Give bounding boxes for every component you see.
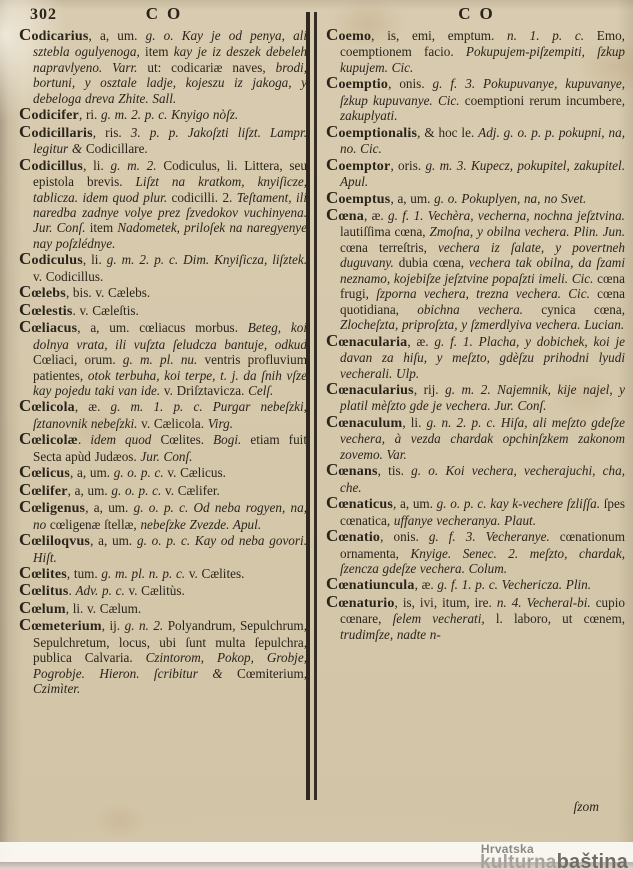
entry-headword: Cœnacularia	[326, 335, 407, 350]
entry-text-roman: item	[145, 44, 174, 59]
entry-headword: Cœnaculum	[326, 416, 402, 431]
entry-text-roman: cœligenæ ſtellæ,	[50, 517, 141, 532]
column-divider-rule	[306, 12, 317, 800]
entry-text-roman: cynica cœna,	[541, 302, 625, 317]
entry-text-roman: , tum.	[67, 566, 102, 581]
entry-headword: Codicillus	[19, 159, 83, 174]
entry-text-roman: Cœliaci, orum.	[33, 352, 123, 367]
dictionary-entry: Codicillus, li. g. m. 2. Codiculus, li. …	[19, 157, 307, 252]
dictionary-entry: Cœnacularia, æ. g. f. 1. Placha, y dobic…	[326, 333, 625, 381]
dictionary-entry: Cœnatio, onis. g. f. 3. Vecheranye. cœna…	[326, 528, 625, 576]
dictionary-entry: Coemptor, oris. g. m. 3. Kupecz, pokupit…	[326, 157, 625, 190]
entry-text-roman: , a, um.	[390, 191, 434, 206]
entry-text-roman: , is, emi, emptum.	[371, 28, 507, 43]
dictionary-entry: Cœlicolæ. idem quod Cœlites. Bogi. etiam…	[19, 431, 307, 464]
left-column: CO Codicarius, a, um. g. o. Kay je od pe…	[19, 4, 307, 697]
entry-text-roman: , bis. v. Cælebs.	[66, 285, 150, 300]
entry-gloss-italic: g. m. 2. p. c. Knyigo nòſz.	[101, 107, 238, 122]
entry-text-roman: , li. v. Cælum.	[66, 601, 141, 616]
entry-gloss-italic: g. o. Pokuplyen, na, no Svet.	[434, 191, 586, 206]
dictionary-entry: Cœlicola, æ. g. m. 1. p. c. Purgar nebeſ…	[19, 398, 307, 431]
dictionary-entry: Cœligenus, a, um. g. o. p. c. Od neba ro…	[19, 499, 307, 532]
dictionary-entry: Cœlestis. v. Cæleſtis.	[19, 302, 307, 319]
entry-text-roman: v. Cælifer.	[165, 483, 220, 498]
entry-text-roman: l. laboro, ut cœnem,	[496, 611, 625, 626]
right-column: CO Coemo, is, emi, emptum. n. 1. p. c. E…	[326, 4, 625, 642]
entry-text-roman: coemptioni rerum incumbere,	[465, 93, 625, 108]
entry-text-roman: , ij.	[102, 618, 125, 633]
dictionary-entry: Cœnacularius, rij. g. m. 2. Najemnik, ki…	[326, 381, 625, 414]
entry-gloss-italic: n. 4. Vecheral-bi.	[497, 595, 596, 610]
dictionary-entry: Codicillaris, ris. 3. p. p. Jakoſzti liſ…	[19, 124, 307, 157]
entry-gloss-italic: g. o. p. c.	[114, 465, 168, 480]
entry-text-roman: , æ.	[364, 208, 388, 223]
entry-headword: Cœlicola	[19, 400, 75, 415]
entry-text-roman: , æ.	[75, 399, 111, 414]
entry-text-roman: ut: codicariæ naves,	[147, 60, 275, 75]
left-column-header: CO	[19, 4, 307, 24]
entry-text-roman: , tis.	[378, 463, 412, 478]
entry-headword: Codiculus	[19, 253, 83, 268]
entry-text-roman: , a, um.	[68, 483, 112, 498]
entry-text-roman: v. Cælites.	[189, 566, 245, 581]
entry-headword: Cœlicolæ	[19, 433, 78, 448]
entry-gloss-italic: g. m. pl. nu.	[123, 352, 205, 367]
dictionary-entry: Coemptus, a, um. g. o. Pokuplyen, na, no…	[326, 190, 625, 207]
entry-gloss-italic: obichna vechera.	[417, 302, 541, 317]
dictionary-entry: Cœliacus, a, um. cœliacus morbus. Beteg,…	[19, 319, 307, 398]
entry-text-roman: Codicillare.	[86, 141, 148, 156]
entry-headword: Cœnatiuncula	[326, 578, 415, 593]
entry-headword: Coemptio	[326, 77, 388, 92]
entry-text-roman: , a, um.	[90, 533, 137, 548]
dictionary-entry: Cœlicus, a, um. g. o. p. c. v. Cælicus.	[19, 464, 307, 481]
left-column-entries: Codicarius, a, um. g. o. Kay je od penya…	[19, 27, 307, 697]
entry-gloss-italic: ſelem vecherati,	[393, 611, 496, 626]
entry-gloss-italic: g. m. 2. p. c. Dim. Knyiſicza, liſztek.	[107, 252, 307, 267]
entry-gloss-italic: g. o. p. c.	[111, 483, 165, 498]
heritage-watermark: Hrvatska kulturnabaština	[480, 843, 628, 869]
entry-gloss-italic: Jur. Conſ.	[140, 449, 192, 464]
dictionary-entry: Codicifer, ri. g. m. 2. p. c. Knyigo nòſ…	[19, 106, 307, 123]
entry-headword: Cœligenus	[19, 501, 85, 516]
entry-gloss-italic: g. n. 2.	[125, 618, 168, 633]
dictionary-entry: Cœmeterium, ij. g. n. 2. Polyandrum, Sep…	[19, 617, 307, 696]
entry-gloss-italic: Czimìter.	[33, 681, 80, 696]
dictionary-entry: Cœlebs, bis. v. Cælebs.	[19, 284, 307, 301]
entry-gloss-italic: zakuplyati.	[340, 108, 398, 123]
dictionary-entry: Cœlifer, a, um. g. o. p. c. v. Cælifer.	[19, 482, 307, 499]
entry-text-roman: , onis.	[388, 76, 432, 91]
entry-gloss-italic: n. 1. p. c.	[507, 28, 597, 43]
entry-text-roman: v. Codicillus.	[33, 269, 103, 284]
entry-text-roman: codicilli. 2.	[172, 190, 237, 205]
entry-gloss-italic: Virg.	[208, 416, 233, 431]
dictionary-entry: Cœlites, tum. g. m. pl. n. p. c. v. Cæli…	[19, 565, 307, 582]
entry-text-roman: .	[78, 432, 90, 447]
entry-gloss-italic: g. f. 1. p. c. Vechericza. Plin.	[437, 577, 591, 592]
entry-text-roman: v. Driſztavicza.	[164, 383, 248, 398]
dictionary-entry: Cœnaticus, a, um. g. o. p. c. kay k-vech…	[326, 495, 625, 528]
entry-text-roman: , ris.	[93, 125, 131, 140]
entry-text-roman: v. Cælicola.	[141, 416, 208, 431]
entry-text-roman: lautiſſima cœna,	[340, 224, 430, 239]
entry-text-roman: , oris.	[390, 158, 425, 173]
entry-text-roman: , li.	[402, 415, 426, 430]
entry-text-roman: , æ.	[415, 577, 438, 592]
entry-headword: Cœnaticus	[326, 497, 393, 512]
entry-text-roman: . v. Cæleſtis.	[73, 303, 139, 318]
entry-headword: Coemptor	[326, 159, 390, 174]
entry-gloss-italic: uffanye vecheranya. Plaut.	[394, 513, 536, 528]
entry-gloss-italic: Zlocheſzta, priproſzta, y ſzmerdlyiva ve…	[340, 317, 624, 332]
dictionary-entry: Cœliloqvus, a, um. g. o. p. c. Kay od ne…	[19, 532, 307, 565]
entry-text-roman: , a, um.	[70, 465, 114, 480]
entry-gloss-italic: g. m. pl. n. p. c.	[101, 566, 188, 581]
catchword: ſzom	[573, 799, 599, 815]
entry-headword: Coemptionalis	[326, 126, 417, 141]
entry-headword: Cœnans	[326, 464, 378, 479]
entry-gloss-italic: ſzporna vechera, trezna vechera. Cic.	[376, 286, 597, 301]
entry-gloss-italic: g. o. p. c. kay k-vechere ſzliſſa.	[437, 496, 604, 511]
entry-text-roman: , ri.	[79, 107, 101, 122]
right-column-entries: Coemo, is, emi, emptum. n. 1. p. c. Emo,…	[326, 27, 625, 642]
dictionary-entry: Codiculus, li. g. m. 2. p. c. Dim. Knyiſ…	[19, 251, 307, 284]
entry-headword: Cœmeterium	[19, 619, 102, 634]
entry-gloss-italic: g. m. 2.	[110, 158, 163, 173]
scanned-dictionary-page: 302 CO Codicarius, a, um. g. o. Kay je o…	[0, 0, 633, 869]
dictionary-entry: Coemptio, onis. g. f. 3. Pokupuvanye, ku…	[326, 75, 625, 123]
entry-headword: Cœnaturio	[326, 596, 395, 611]
entry-headword: Cœliacus	[19, 321, 77, 336]
entry-gloss-italic: Celſ.	[248, 383, 273, 398]
dictionary-entry: Coemo, is, emi, emptum. n. 1. p. c. Emo,…	[326, 27, 625, 75]
dictionary-entry: Cœna, æ. g. f. 1. Vechèra, vecherna, noc…	[326, 207, 625, 333]
entry-gloss-italic: nebeſzke Zvezde. Apul.	[140, 517, 261, 532]
entry-gloss-italic: Bogi.	[213, 432, 250, 447]
entry-text-roman: dubia cœna,	[399, 255, 469, 270]
entry-gloss-italic: idem quod	[90, 432, 160, 447]
entry-headword: Coemo	[326, 29, 371, 44]
entry-text-roman: Cœlites.	[160, 432, 213, 447]
entry-gloss-italic: trudimſze, nadte n-	[340, 627, 441, 642]
entry-headword: Cœnatio	[326, 530, 380, 545]
entry-text-roman: , a, um.	[85, 500, 133, 515]
entry-text-roman: , rij.	[414, 382, 445, 397]
dictionary-entry: Cœnaculum, li. g. n. 2. p. c. Hiſa, ali …	[326, 414, 625, 462]
entry-text-roman: v. Cælicus.	[167, 465, 226, 480]
entry-gloss-italic: Zmoſna, y obilna vechera. Plin. Jun.	[430, 224, 625, 239]
entry-gloss-italic: Adv. p. c.	[75, 583, 128, 598]
entry-text-roman: v. Cælitùs.	[128, 583, 184, 598]
entry-text-roman: , li.	[83, 158, 110, 173]
entry-text-roman: Cœmiterium,	[237, 666, 307, 681]
right-column-header: CO	[326, 4, 625, 24]
entry-text-roman: , & hoc le.	[417, 125, 478, 140]
entry-headword: Cœnacularius	[326, 383, 414, 398]
dictionary-entry: Cœnatiuncula, æ. g. f. 1. p. c. Vecheric…	[326, 576, 625, 593]
dictionary-entry: Coemptionalis, & hoc le. Adj. g. o. p. p…	[326, 124, 625, 157]
entry-text-roman: , a, um.	[393, 496, 437, 511]
dictionary-entry: Cœnaturio, is, ivi, itum, ire. n. 4. Vec…	[326, 594, 625, 642]
entry-headword: Cœliloqvus	[19, 534, 90, 549]
entry-headword: Codicarius	[19, 29, 89, 44]
dictionary-entry: Cœnans, tis. g. o. Koi vechera, vecheraj…	[326, 462, 625, 495]
entry-text-roman: cœna terreſtris,	[340, 240, 438, 255]
entry-text-roman: item	[90, 220, 118, 235]
entry-text-roman: , a, um.	[89, 28, 146, 43]
entry-gloss-italic: g. f. 3. Vecheranye.	[429, 529, 560, 544]
entry-text-roman: , a, um. cœliacus morbus.	[77, 320, 248, 335]
dictionary-entry: Cœlum, li. v. Cælum.	[19, 600, 307, 617]
watermark-brand-bold: baština	[557, 851, 628, 869]
entry-gloss-italic: g. f. 1. Vechèra, vecherna, nochna jeſzt…	[388, 208, 625, 223]
entry-text-roman: , is, ivi, itum, ire.	[395, 595, 497, 610]
entry-headword: Codicillaris	[19, 126, 93, 141]
dictionary-entry: Cœlitus. Adv. p. c. v. Cælitùs.	[19, 582, 307, 599]
entry-text-roman: , æ.	[407, 334, 434, 349]
entry-text-roman: , onis.	[380, 529, 429, 544]
dictionary-entry: Codicarius, a, um. g. o. Kay je od penya…	[19, 27, 307, 106]
entry-text-roman: , li.	[83, 252, 107, 267]
watermark-brand-light: kulturna	[480, 852, 557, 869]
entry-headword: Cœna	[326, 209, 364, 224]
